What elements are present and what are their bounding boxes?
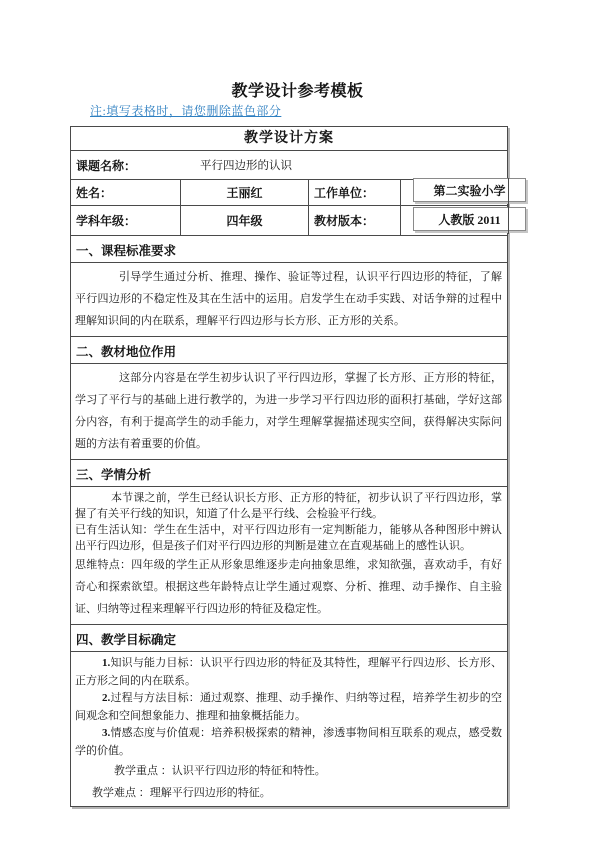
section-3-paragraph-3: 思维特点：四年级的学生正从形象思维逐步走向抽象思维，求知欲强，喜欢动手，有好奇心…: [75, 554, 502, 620]
edition-value-box: 人教版 2011: [413, 207, 526, 231]
objective-item-1-number: 1.: [102, 657, 110, 669]
name-label: 姓名：: [71, 180, 181, 206]
objective-item-1-text: 知识与能力目标：认识平行四边形的特征及其特性，理解平行四边形、长方形、正方形之间…: [75, 657, 502, 687]
section-2-body: 这部分内容是在学生初步认识了平行四边形，掌握了长方形、正方形的特征，学习了平行与…: [71, 363, 507, 459]
section-2-title: 二、教材地位作用: [71, 336, 507, 363]
edition-label: 教材版本：: [309, 206, 401, 235]
objective-item-3-number: 3.: [102, 727, 110, 739]
objective-item-2-text: 过程与方法目标：通过观察、推理、动手操作、归纳等过程，培养学生初步的空间观念和空…: [75, 692, 502, 722]
objective-item-2-number: 2.: [102, 692, 110, 704]
section-4-body: 1.知识与能力目标：认识平行四边形的特征及其特性，理解平行四边形、长方形、正方形…: [71, 651, 507, 806]
section-3-title: 三、学情分析: [71, 459, 507, 486]
section-3-paragraph-2: 已有生活认知：学生在生活中，对平行四边形有一定判断能力，能够从各种图形中辨认出平…: [75, 522, 502, 554]
objective-item-1: 1.知识与能力目标：认识平行四边形的特征及其特性，理解平行四边形、长方形、正方形…: [75, 655, 502, 690]
design-table: 教学设计方案 课题名称： 平行四边形的认识 姓名： 王丽红 工作单位： 学科年级…: [70, 126, 508, 807]
objective-item-3: 3.情感态度与价值观：培养积极探索的精神，渗透事物间相互联系的观点，感受数学的价…: [75, 725, 502, 760]
section-1-paragraph: 引导学生通过分析、推理、操作、验证等过程，认识平行四边形的特征，了解平行四边形的…: [75, 266, 502, 332]
topic-value: 平行四边形的认识: [200, 157, 292, 173]
unit-value-box: 第二实验小学: [413, 178, 526, 202]
grade-label: 学科年级：: [71, 206, 181, 235]
objective-item-3-text: 情感态度与价值观：培养积极探索的精神，渗透事物间相互联系的观点，感受数学的价值。: [75, 727, 502, 757]
teaching-difficulty: 教学难点 ：理解平行四边形的特征。: [75, 785, 502, 803]
grade-value: 四年级: [181, 206, 309, 235]
doc-title: 教学设计参考模板: [70, 78, 525, 101]
section-1-title: 一、课程标准要求: [71, 235, 507, 262]
topic-label: 课题名称：: [71, 157, 181, 174]
doc-note: 注:填写表格时，请您删除蓝色部分: [90, 102, 281, 119]
section-3-body: 本节课之前，学生已经认识长方形、正方形的特征，初步认识了平行四边形，掌握了有关平…: [71, 486, 507, 624]
name-value: 王丽红: [181, 180, 309, 206]
section-3-paragraph-1: 本节课之前，学生已经认识长方形、正方形的特征，初步认识了平行四边形，掌握了有关平…: [75, 490, 502, 522]
unit-label: 工作单位：: [309, 180, 401, 206]
teaching-focus: 教学重点 ：认识平行四边形的特征和特性。: [75, 763, 502, 781]
objective-item-2: 2.过程与方法目标：通过观察、推理、动手操作、归纳等过程，培养学生初步的空间观念…: [75, 690, 502, 725]
table-right-border-overlay: [508, 178, 509, 234]
section-1-body: 引导学生通过分析、推理、操作、验证等过程，认识平行四边形的特征，了解平行四边形的…: [71, 262, 507, 336]
table-header: 教学设计方案: [71, 127, 507, 151]
section-4-title: 四、教学目标确定: [71, 624, 507, 651]
document-page: 教学设计参考模板 注:填写表格时，请您删除蓝色部分 教学设计方案 课题名称： 平…: [0, 0, 595, 842]
section-2-paragraph: 这部分内容是在学生初步认识了平行四边形，掌握了长方形、正方形的特征，学习了平行与…: [75, 367, 502, 455]
topic-row: 课题名称： 平行四边形的认识: [71, 151, 507, 180]
